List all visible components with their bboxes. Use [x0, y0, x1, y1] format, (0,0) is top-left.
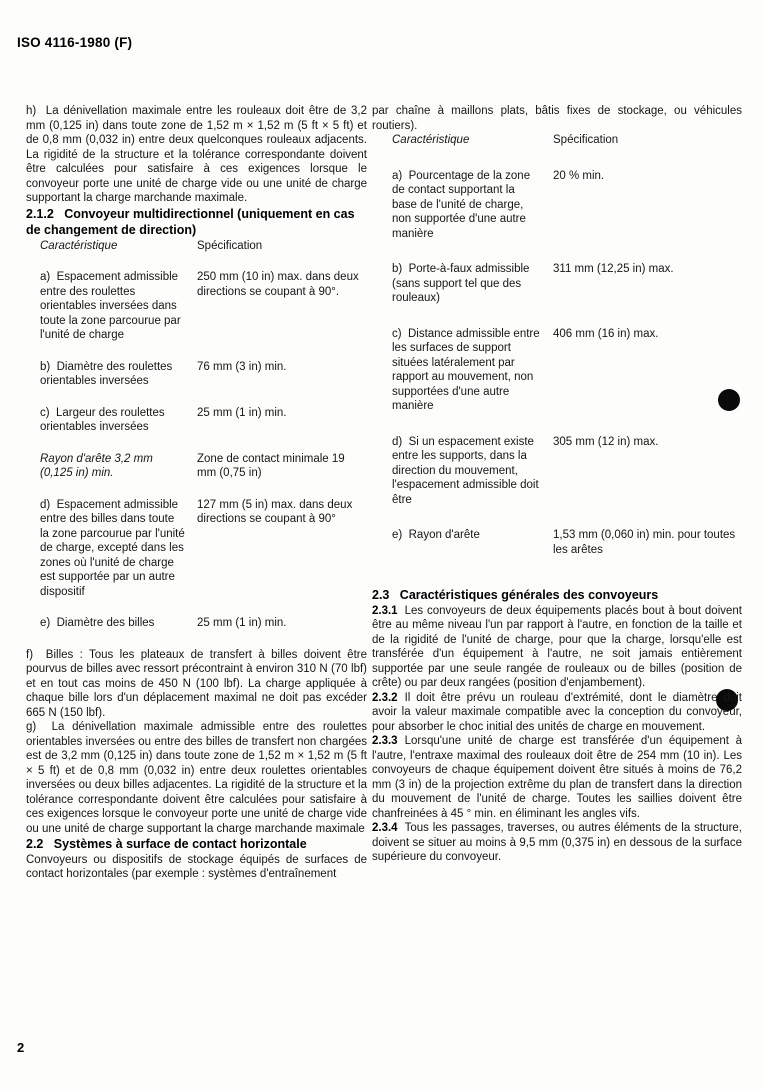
paragraph-2-3-1: 2.3.1Les convoyeurs de deux équipements … [372, 604, 742, 691]
characteristic-cell: a) Pourcentage de la zone de contact sup… [392, 169, 540, 242]
paragraph-h: h) La dénivellation maximale entre les r… [26, 104, 367, 206]
column-header-characteristic: Caractéristique [40, 239, 186, 254]
document-reference: ISO 4116-1980 (F) [17, 35, 132, 50]
table-2-2: Caractéristique Spécification a) Pourcen… [392, 133, 742, 557]
specification-cell: 1,53 mm (0,060 in) min. pour toutes les … [553, 528, 742, 557]
characteristic-cell: d) Espacement admissible entre des bille… [40, 498, 186, 600]
column-header-characteristic: Caractéristique [392, 133, 540, 148]
column-header-specification: Spécification [553, 133, 742, 148]
characteristic-cell: e) Rayon d'arête [392, 528, 540, 557]
paragraph-2-3-4: 2.3.4Tous les passages, traverses, ou au… [372, 821, 742, 865]
clause-text: Les convoyeurs de deux équipements placé… [372, 605, 745, 690]
clause-number: 2.3.4 [372, 822, 398, 834]
paragraph-f: f) Billes : Tous les plateaux de transfe… [26, 648, 367, 721]
specification-cell: 127 mm (5 in) max. dans deux directions … [197, 498, 366, 600]
clause-text: Tous les passages, traverses, ou autres … [372, 822, 745, 863]
heading-2-2: 2.2 Systèmes à surface de contact horizo… [26, 836, 367, 853]
left-column: h) La dénivellation maximale entre les r… [26, 104, 367, 882]
paragraph-2-2: Convoyeurs ou dispositifs de stockage éq… [26, 853, 367, 882]
characteristic-cell: c) Distance admissible entre les surface… [392, 327, 540, 414]
characteristic-cell: b) Porte-à-faux admissible (sans support… [392, 262, 540, 306]
specification-cell: 311 mm (12,25 in) max. [553, 262, 742, 306]
specification-cell: 76 mm (3 in) min. [197, 360, 366, 389]
specification-cell: 25 mm (1 in) min. [197, 406, 366, 435]
right-column: par chaîne à maillons plats, bâtis fixes… [372, 104, 742, 865]
paragraph-2-3-2: 2.3.2Il doit être prévu un rouleau d'ext… [372, 691, 742, 735]
heading-2-3: 2.3 Caractéristiques générales des convo… [372, 587, 742, 604]
paragraph-g: g) La dénivellation maximale admissible … [26, 720, 367, 836]
clause-text: Il doit être prévu un rouleau d'extrémit… [372, 692, 745, 733]
specification-cell: 305 mm (12 in) max. [553, 435, 742, 508]
characteristic-cell: a) Espacement admissible entre des roule… [40, 270, 186, 343]
document-page: ISO 4116-1980 (F) h) La dénivellation ma… [0, 0, 764, 1091]
characteristic-cell: b) Diamètre des roulettes orientables in… [40, 360, 186, 389]
paragraph-continuation: par chaîne à maillons plats, bâtis fixes… [372, 104, 742, 133]
clause-number: 2.3.1 [372, 605, 398, 617]
characteristic-cell: c) Largeur des roulettes orientables inv… [40, 406, 186, 435]
characteristic-cell: d) Si un espacement existe entre les sup… [392, 435, 540, 508]
characteristic-cell: Rayon d'arête 3,2 mm (0,125 in) min. [40, 452, 186, 481]
paragraph-2-3-3: 2.3.3Lorsqu'une unité de charge est tran… [372, 734, 742, 821]
clause-number: 2.3.3 [372, 735, 398, 747]
characteristic-cell: e) Diamètre des billes [40, 616, 186, 631]
clause-number: 2.3.2 [372, 692, 398, 704]
clause-text: Lorsqu'une unité de charge est transféré… [372, 735, 745, 820]
table-2-1-2: Caractéristique Spécification a) Espacem… [40, 239, 367, 631]
specification-cell: 20 % min. [553, 169, 742, 242]
column-header-specification: Spécification [197, 239, 366, 254]
heading-2-1-2: 2.1.2 Convoyeur multidirectionnel (uniqu… [26, 206, 367, 239]
specification-cell: 406 mm (16 in) max. [553, 327, 742, 414]
specification-cell: 250 mm (10 in) max. dans deux directions… [197, 270, 366, 343]
specification-cell: Zone de contact minimale 19 mm (0,75 in) [197, 452, 366, 481]
specification-cell: 25 mm (1 in) min. [197, 616, 366, 631]
page-number: 2 [17, 1040, 24, 1055]
